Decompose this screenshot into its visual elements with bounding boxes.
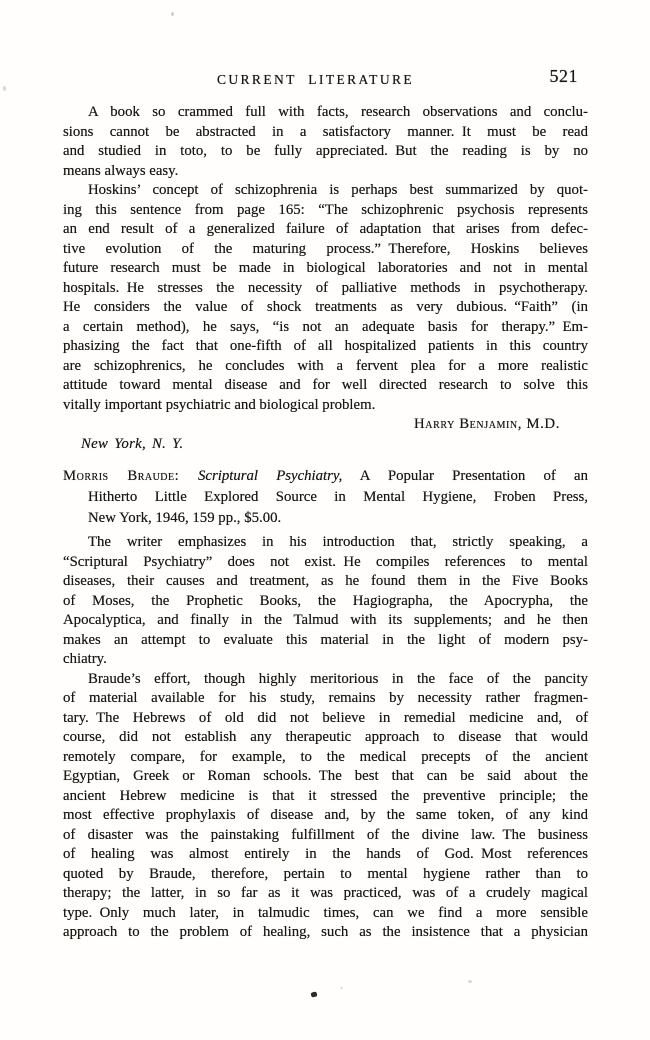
- text-line: attitude toward mental disease and for w…: [63, 376, 588, 396]
- text-line: Egyptian, Greek or Roman schools. The be…: [63, 767, 588, 787]
- text-line: phasizing the fact that one-fifth of all…: [63, 337, 588, 357]
- ink-speck: [171, 12, 174, 16]
- text-line: type. Only much later, in talmudic times…: [63, 904, 588, 924]
- ink-speck: [3, 86, 6, 91]
- text-line: a certain method), he says, “is not an a…: [63, 318, 588, 338]
- text-line: of material available for his study, rem…: [63, 689, 588, 709]
- journal-section-title: CURRENT LITERATURE: [63, 72, 568, 88]
- text-line: tive evolution of the maturing process.”…: [63, 240, 588, 260]
- text-line: The writer emphasizes in his introductio…: [63, 533, 588, 553]
- text-segment: A Popular Presentation of an: [342, 468, 588, 484]
- text-line: therapy; the latter, in so far as it was…: [63, 884, 588, 904]
- reviewer-location: New York, N. Y.: [63, 435, 588, 455]
- text-line: remotely compare, for example, to the me…: [63, 748, 588, 768]
- running-head: CURRENT LITERATURE 521: [63, 70, 588, 92]
- reviewer-signature: Harry Benjamin, M.D.: [63, 415, 588, 435]
- text-line: tary. The Hebrews of old did not believe…: [63, 709, 588, 729]
- text-line: Hitherto Little Explored Source in Menta…: [63, 487, 588, 508]
- text-line: hospitals. He stresses the necessity of …: [63, 279, 588, 299]
- text-line: ancient Hebrew medicine is that it stres…: [63, 787, 588, 807]
- text-line: of healing was almost entirely in the ha…: [63, 845, 588, 865]
- text-line: an end result of a generalized failure o…: [63, 220, 588, 240]
- text-line: of Moses, the Prophetic Books, the Hagio…: [63, 592, 588, 612]
- text-line: diseases, their causes and treatment, as…: [63, 572, 588, 592]
- text-line: “Scriptural Psychiatry” does not exist. …: [63, 553, 588, 573]
- book-reference-citation: Morris Braude: Scriptural Psychiatry, A …: [63, 466, 588, 529]
- ink-speck: [310, 991, 317, 997]
- text-segment: Scriptural Psychiatry,: [198, 468, 342, 484]
- text-line: future research must be made in biologic…: [63, 259, 588, 279]
- paragraph-writer-introduction: The writer emphasizes in his introductio…: [63, 533, 588, 670]
- text-line: ing this sentence from page 165: “The sc…: [63, 201, 588, 221]
- text-segment: Morris Braude:: [63, 468, 198, 484]
- text-line: chiatry.: [63, 650, 588, 670]
- paragraph-braudes-effort: Braude’s effort, though highly meritorio…: [63, 670, 588, 943]
- text-line: are schizophrenics, he concludes with a …: [63, 357, 588, 377]
- text-line: makes an attempt to evaluate this materi…: [63, 631, 588, 651]
- paragraph-hoskins-concept: Hoskins’ concept of schizophrenia is per…: [63, 181, 588, 415]
- text-line: vitally important psychiatric and biolog…: [63, 396, 588, 416]
- text-line: Apocalyptica, and finally in the Talmud …: [63, 611, 588, 631]
- text-line: Braude’s effort, though highly meritorio…: [63, 670, 588, 690]
- page-body-text: A book so crammed full with facts, resea…: [63, 103, 588, 943]
- ink-speck: [340, 987, 343, 989]
- text-line: Hoskins’ concept of schizophrenia is per…: [63, 181, 588, 201]
- scanned-journal-page: CURRENT LITERATURE 521 A book so crammed…: [0, 0, 650, 1040]
- text-line: Morris Braude: Scriptural Psychiatry, A …: [63, 466, 588, 487]
- text-line: course, did not establish any therapeuti…: [63, 728, 588, 748]
- text-line: sions cannot be abstracted in a satisfac…: [63, 123, 588, 143]
- text-line: most effective prophylaxis of disease an…: [63, 806, 588, 826]
- paragraph-book-summary: A book so crammed full with facts, resea…: [63, 103, 588, 181]
- text-line: means always easy.: [63, 162, 588, 182]
- text-line: A book so crammed full with facts, resea…: [63, 103, 588, 123]
- text-line: He considers the value of shock treatmen…: [63, 298, 588, 318]
- text-line: New York, 1946, 159 pp., $5.00.: [63, 508, 588, 529]
- text-line: of disaster was the painstaking fulfillm…: [63, 826, 588, 846]
- ink-speck: [468, 980, 472, 983]
- text-line: quoted by Braude, therefore, pertain to …: [63, 865, 588, 885]
- text-line: approach to the problem of healing, such…: [63, 923, 588, 943]
- text-line: and studied in toto, to be fully appreci…: [63, 142, 588, 162]
- page-number: 521: [550, 66, 579, 87]
